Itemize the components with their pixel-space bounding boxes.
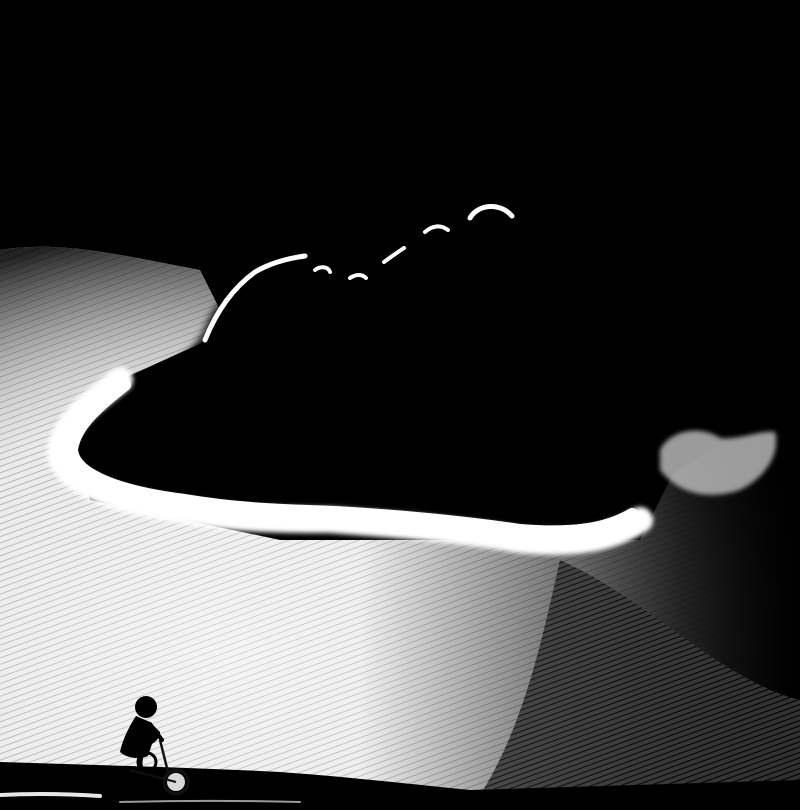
illustration-canvas (0, 0, 800, 810)
illustration: Monochrome scratchboard-style illustrati… (0, 0, 800, 810)
